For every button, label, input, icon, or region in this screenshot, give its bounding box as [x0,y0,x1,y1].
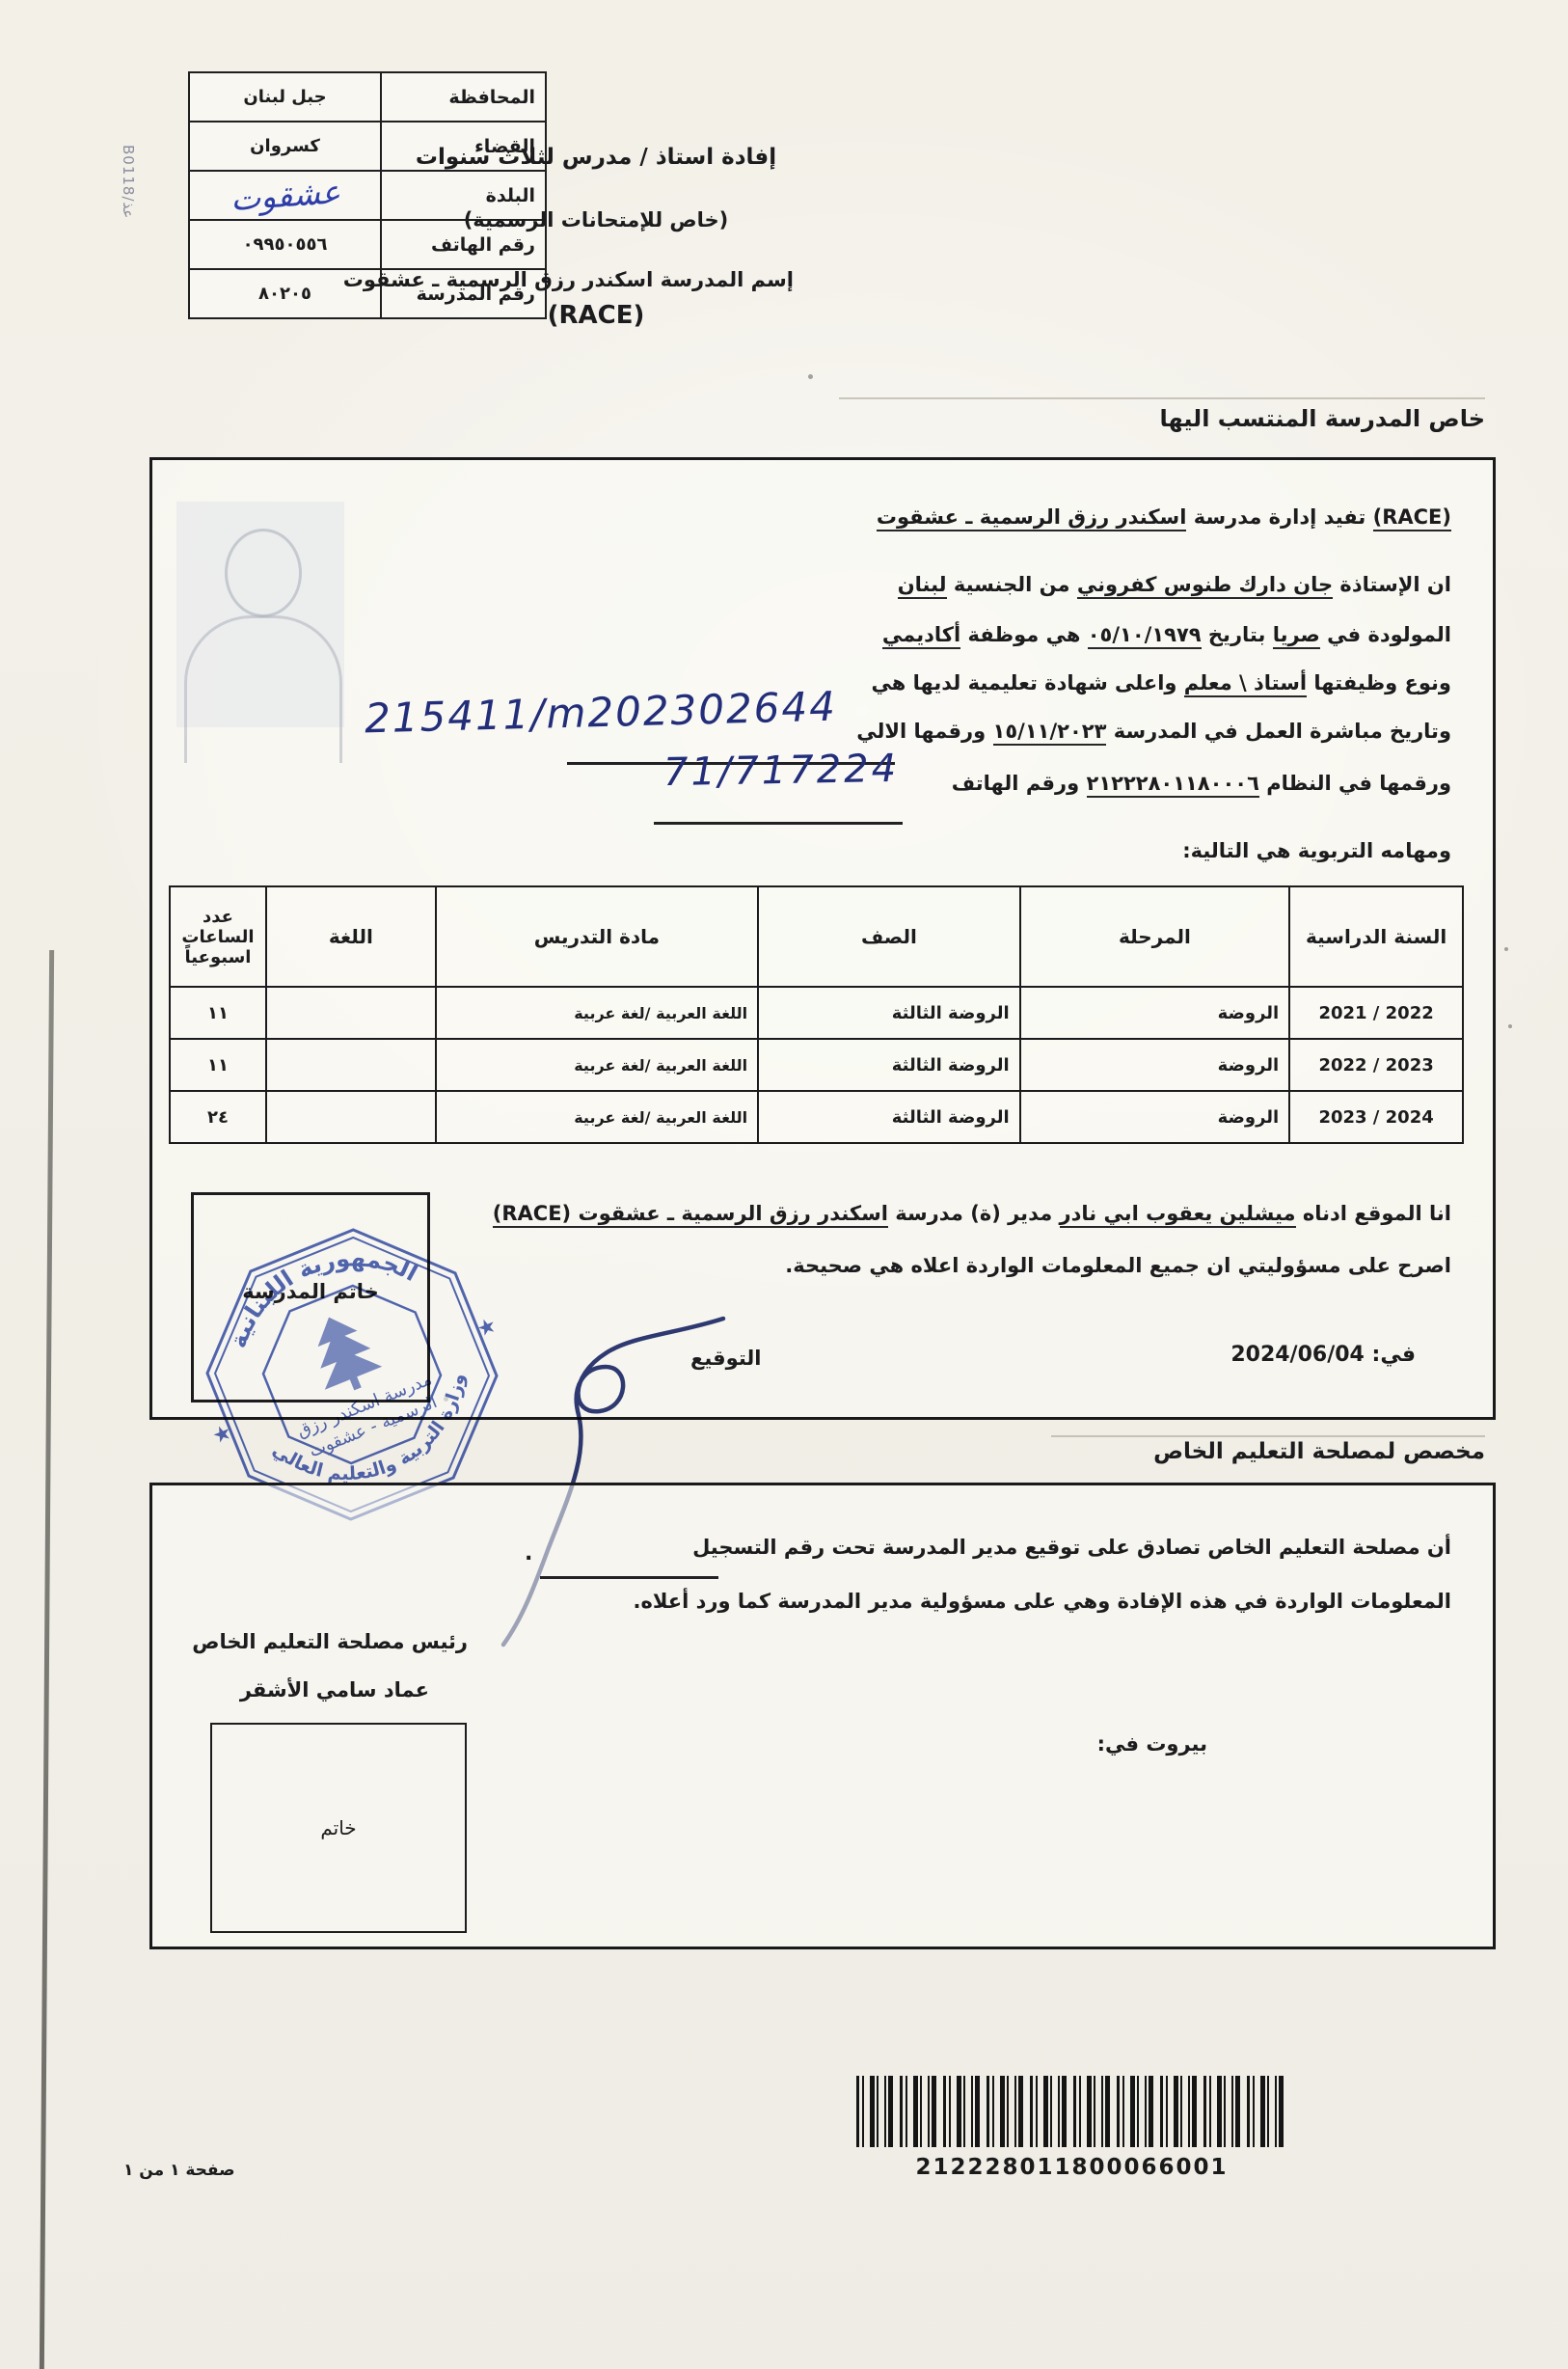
barcode-number: 212228011800066001 [856,2155,1287,2180]
cedar-tree-icon [300,1306,386,1401]
text-run: ان الإستاذة [1333,573,1451,596]
cell-subject: اللغة العربية /لغة عربية [436,1091,758,1143]
cell-stage: الروضة [1020,987,1290,1039]
beirut-date-label: بيروت في: [1097,1732,1207,1756]
cell-class: الروضة الثالثة [758,987,1020,1039]
date-label: في: [1372,1343,1416,1367]
stamp-republic-text: الجمهورية اللبنانية [204,1214,428,1359]
silhouette-shoulders [184,615,342,763]
chief-title: رئيس مصلحة التعليم الخاص [192,1630,468,1653]
blank-fill-line [654,822,903,825]
photo-placeholder [176,502,344,727]
text-run: ورقمها في النظام [1259,772,1451,795]
teacher-name-underlined: جان دارك طنوس كفروني [1077,573,1333,599]
school-name-underlined: اسكندر رزق الرسمية ـ عشقوت [877,505,1187,531]
col-header-stage: المرحلة [1020,886,1290,987]
cell-class: الروضة الثالثة [758,1091,1020,1143]
text-run: واعلى شهادة تعليمية لديها هي [872,671,1184,694]
table-row: 2022 / 2023 الروضة الروضة الثالثة اللغة … [170,1039,1463,1091]
text-run: تفيد إدارة مدرسة [1186,505,1372,529]
info-label-governorate: المحافظة [380,73,545,123]
position-underlined: أستاذ \ معلم [1184,671,1307,697]
birthdate-underlined: ٠٥/١٠/١٩٧٩ [1088,623,1202,649]
duties-table: السنة الدراسية المرحلة الصف مادة التدريس… [169,885,1464,1144]
text-run: وتاريخ مباشرة العمل في المدرسة [1106,720,1451,743]
text-run: انا الموقع ادناه [1296,1202,1451,1225]
col-header-year: السنة الدراسية [1289,886,1463,987]
text-run: من الجنسية [947,573,1077,596]
school-name-underlined: اسكندر رزق الرسمية ـ عشقوت [571,1202,888,1228]
section1-title: خاص المدرسة المنتسب اليها [1160,405,1485,432]
page-number-footer: صفحة ١ من ١ [123,2161,235,2180]
section2-title: مخصص لمصلحة التعليم الخاص [1153,1439,1485,1464]
date-value: 2024/06/04 [1230,1343,1365,1367]
handwritten-town: عشقوت [229,173,340,218]
handwritten-phone-number: 71/717224 [663,747,900,795]
text-run: هي موظفة [960,623,1088,646]
scan-speck [1508,1024,1512,1028]
cell-subject: اللغة العربية /لغة عربية [436,987,758,1039]
paragraph-line-4: ونوع وظيفتها أستاذ \ معلم واعلى شهادة تع… [872,671,1451,694]
chief-name: عماد سامي الأشقر [240,1678,429,1702]
declaration-line-2: اصرح على مسؤوليتي ان جميع المعلومات الوا… [785,1254,1451,1277]
document-title: إفادة استاذ / مدرس لثلاث سنوات [398,145,794,170]
job-type-underlined: أكاديمي [882,623,960,649]
duties-intro: ومهامه التربوية هي التالية: [1182,839,1451,862]
document-subtitle: (خاص للإمتحانات الرسمية) [398,208,794,231]
paragraph-line-2: ان الإستاذة جان دارك طنوس كفروني من الجن… [898,573,1451,596]
table-row: 2021 / 2022 الروضة الروضة الثالثة اللغة … [170,987,1463,1039]
cell-hours: ١١ [170,1039,266,1091]
info-value-phone: ٠٩٩٥٠٥٥٦ [190,221,380,270]
col-header-class: الصف [758,886,1020,987]
system-number-underlined: ٢١٢٢٢٨٠١١٨٠٠٠٦ [1087,772,1259,798]
svg-text:الجمهورية اللبنانية: الجمهورية اللبنانية [204,1214,428,1359]
cell-language [266,1039,436,1091]
col-header-subject: مادة التدريس [436,886,758,987]
table-row: 2023 / 2024 الروضة الروضة الثالثة اللغة … [170,1091,1463,1143]
scan-speck [1504,947,1508,951]
text-run: المولودة في [1320,623,1451,646]
nationality-underlined: لبنان [898,573,947,599]
certification-line-1: أن مصلحة التعليم الخاص تصادق على توقيع م… [692,1536,1451,1559]
cell-year: 2023 / 2024 [1289,1091,1463,1143]
start-date-underlined: ١٥/١١/٢٠٢٣ [993,720,1107,746]
cell-class: الروضة الثالثة [758,1039,1020,1091]
col-header-language: اللغة [266,886,436,987]
school-name-line: إسم المدرسة اسكندر رزق الرسمية ـ عشقوت [398,268,794,291]
text-run: ونوع وظيفتها [1307,671,1451,694]
ministry-seal-box: خاتم [210,1723,467,1933]
cell-language [266,1091,436,1143]
declaration-line-1: انا الموقع ادناه ميشلين يعقوب ابي نادر م… [493,1202,1451,1225]
paragraph-line-1: (RACE) تفيد إدارة مدرسة اسكندر رزق الرسم… [877,505,1451,529]
paste-edge-artifact [839,397,1485,399]
birthplace-underlined: صريا [1273,623,1320,649]
cell-stage: الروضة [1020,1091,1290,1143]
text-run: ورقم الهاتف [952,772,1087,795]
stamp-star-left: ★ [209,1420,236,1450]
date-line: في: 2024/06/04 [1230,1343,1416,1367]
paragraph-line-5: وتاريخ مباشرة العمل في المدرسة ١٥/١١/٢٠٢… [856,720,1451,743]
margin-reference-note: B0118/عذ [120,145,137,218]
cell-hours: ٢٤ [170,1091,266,1143]
paragraph-line-3: المولودة في صريا بتاريخ ٠٥/١٠/١٩٧٩ هي مو… [882,623,1451,646]
col-header-weekly-hours: عدد الساعات اسبوعياً [170,886,266,987]
principal-name-underlined: ميشلين يعقوب ابي نادر [1060,1202,1296,1228]
info-value-governorate: جبل لبنان [190,73,380,123]
cell-language [266,987,436,1039]
cell-year: 2021 / 2022 [1289,987,1463,1039]
certification-line-2: المعلومات الواردة في هذه الإفادة وهي على… [633,1590,1451,1613]
paragraph-line-6: ورقمها في النظام ٢١٢٢٢٨٠١١٨٠٠٠٦ ورقم اله… [952,772,1451,795]
cell-subject: اللغة العربية /لغة عربية [436,1039,758,1091]
scan-edge-shadow [40,950,54,2369]
scan-speck [808,374,813,379]
sentence-period: . [525,1541,532,1566]
cell-stage: الروضة [1020,1039,1290,1091]
cell-hours: ١١ [170,987,266,1039]
text-run: مدير (ة) مدرسة [888,1202,1060,1225]
paste-edge-artifact [1051,1435,1485,1437]
silhouette-head [225,529,302,617]
acronym-underlined: (RACE) [1373,505,1451,531]
text-run: بتاريخ [1202,623,1273,646]
seal-label: خاتم [320,1816,356,1839]
registration-blank-line [540,1576,718,1579]
text-run: ورقمها الالي [856,720,992,743]
school-acronym: (RACE) [398,301,794,330]
info-value-district: كسروان [190,123,380,172]
cell-year: 2022 / 2023 [1289,1039,1463,1091]
barcode [856,2076,1287,2147]
info-value-town-handwritten: عشقوت [190,172,380,221]
